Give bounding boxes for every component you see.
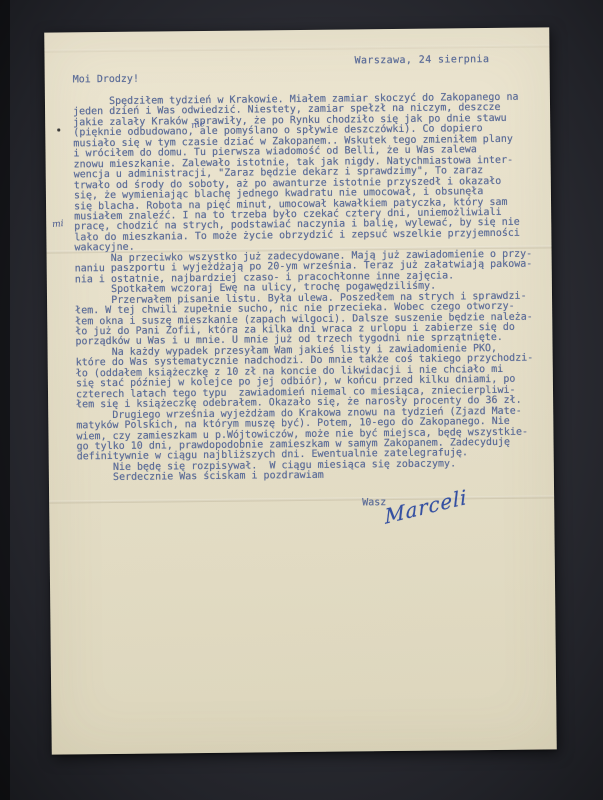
paper-crease (44, 44, 549, 52)
typed-closing: Wasz (362, 497, 386, 508)
letter-salutation: Moi Drodzy! (73, 74, 139, 86)
handwritten-margin-note: mi (52, 219, 64, 230)
letter-paper: Warszawa, 24 sierpnia Moi Drodzy! Spędzi… (44, 27, 557, 754)
handwritten-signature: Marceli (384, 476, 502, 529)
letter-dateline: Warszawa, 24 sierpnia (354, 54, 489, 66)
ink-speck (57, 129, 60, 132)
letter-body: Spędziłem tydzień w Krakowie. Miałem zam… (73, 92, 547, 484)
photo-edge-shadow (0, 0, 10, 800)
